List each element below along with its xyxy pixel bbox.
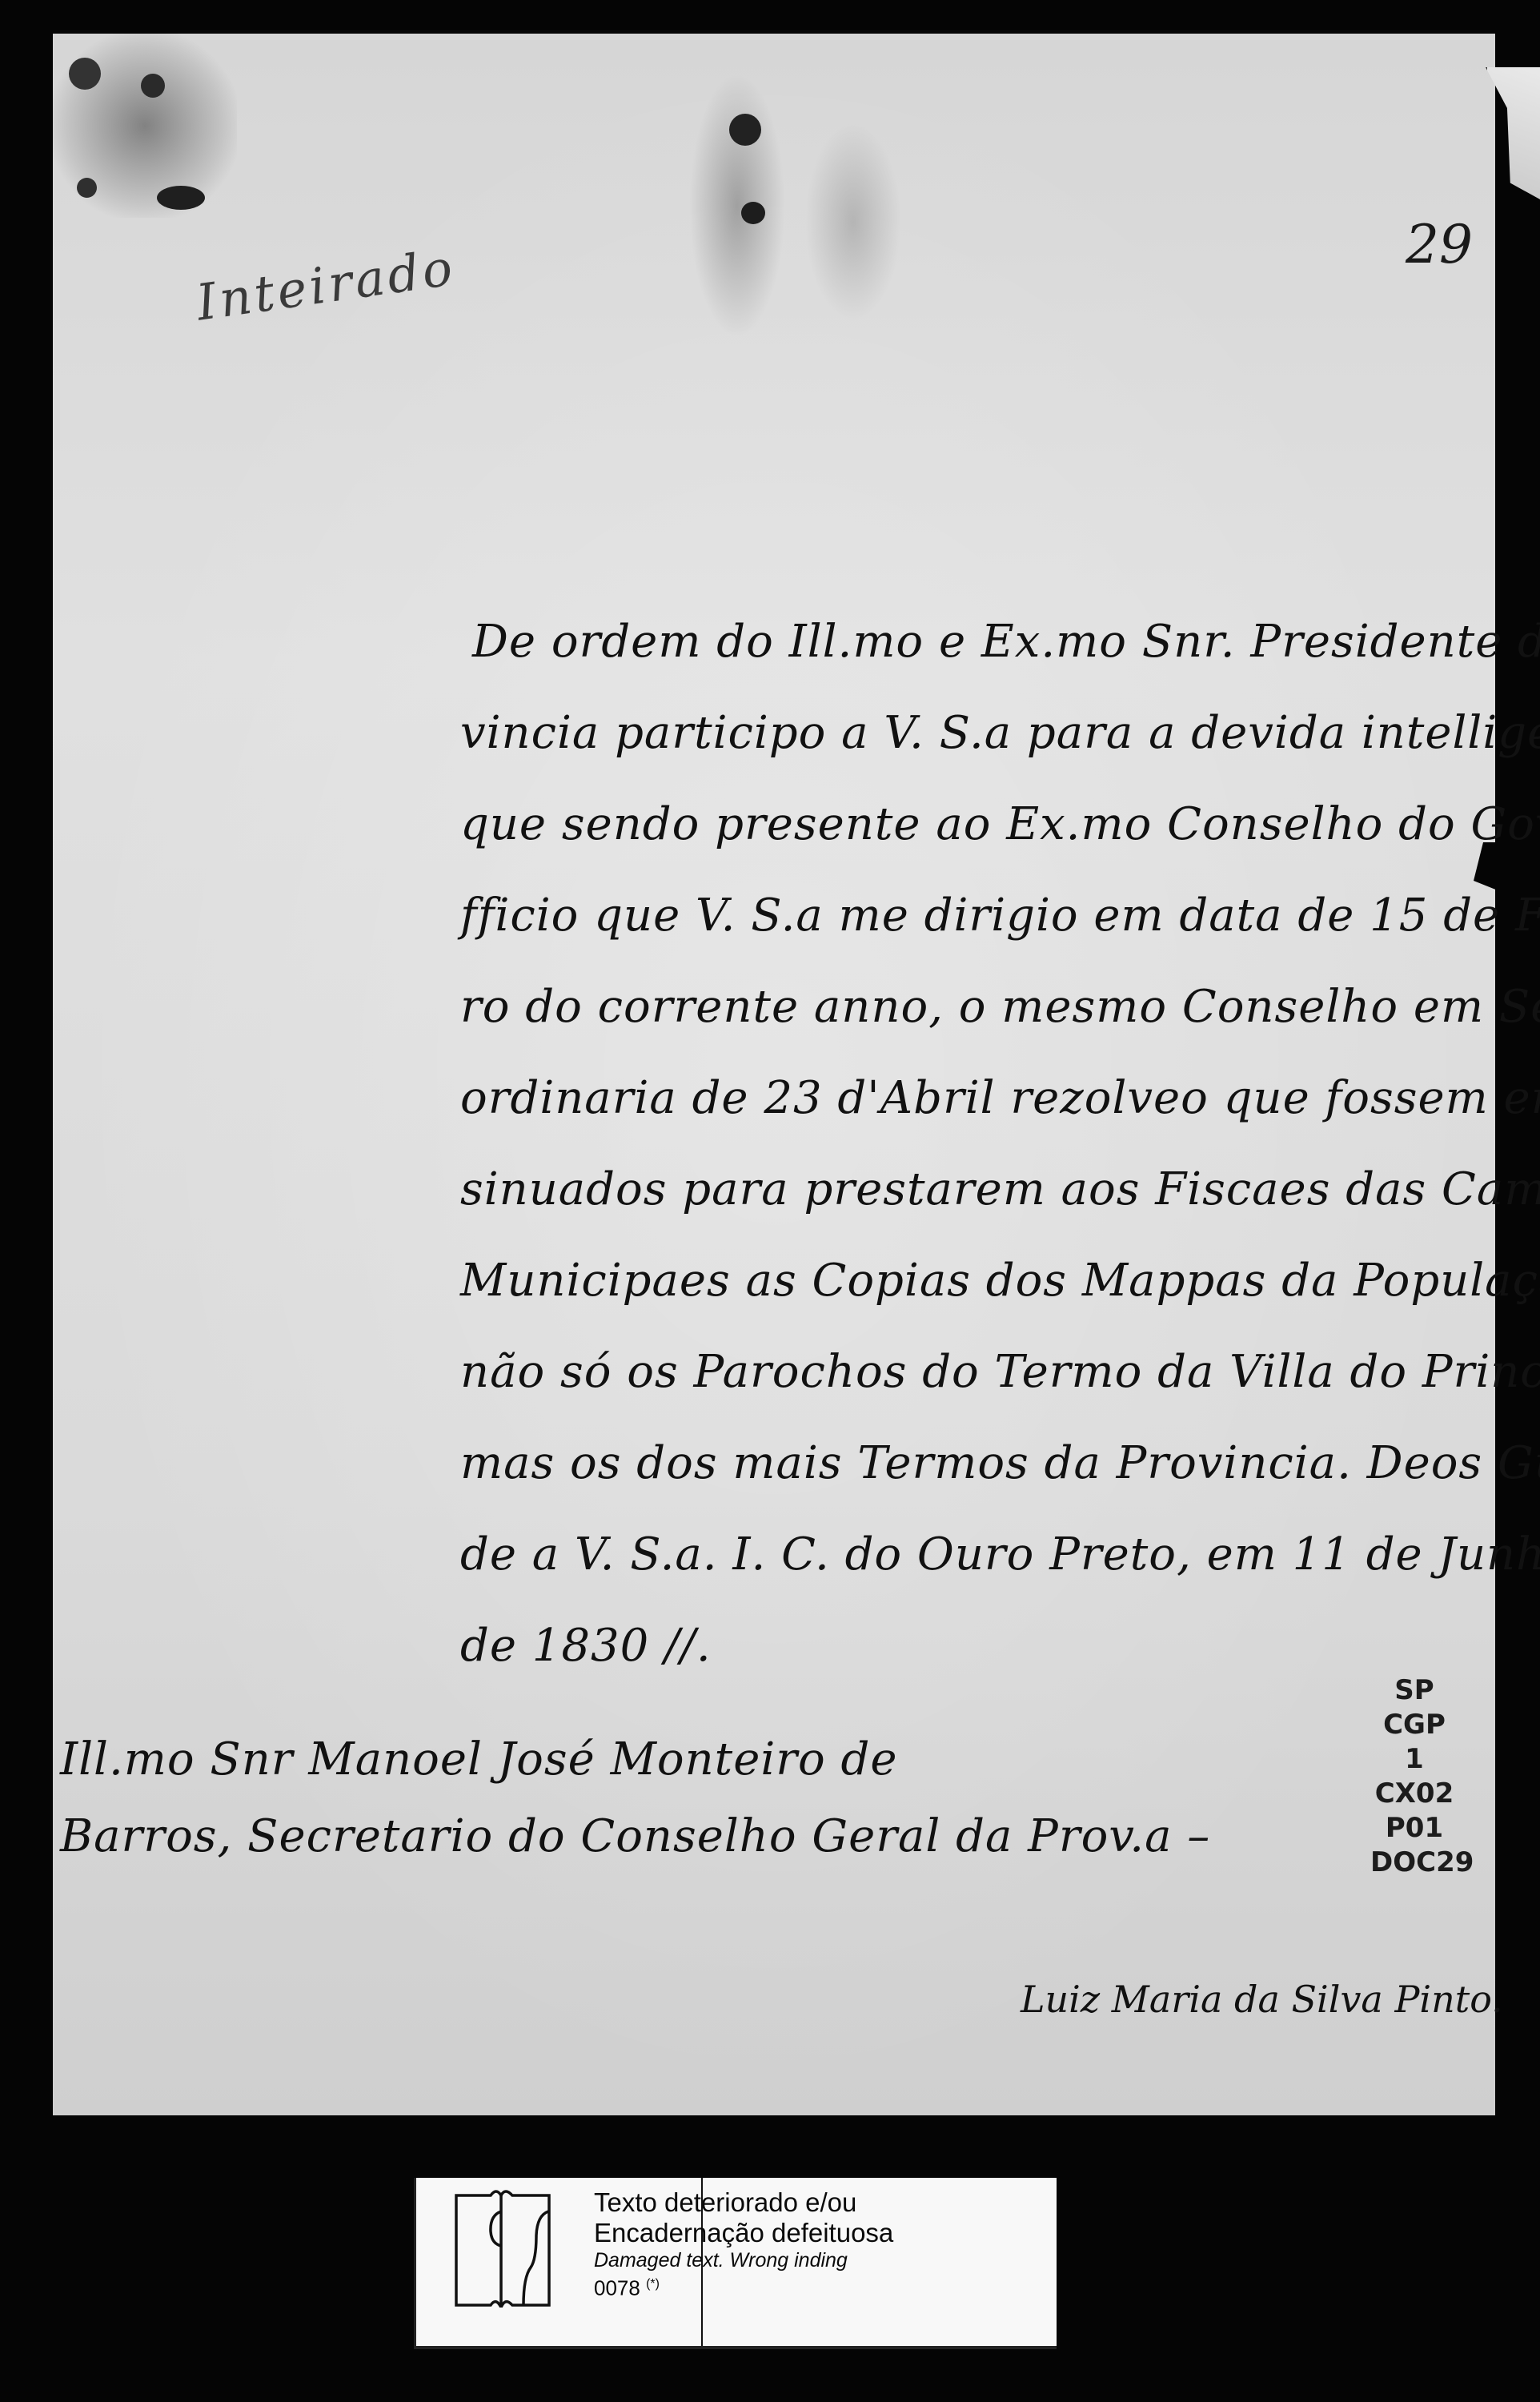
archive-code: SP CGP 1 CX02 P01 DOC29 <box>1370 1673 1458 1880</box>
body-line: sinuados para prestarem aos Fiscaes das … <box>460 1144 1477 1235</box>
body-line: ordinaria de 23 d'Abril rezolveo que fos… <box>460 1053 1477 1144</box>
label-code-number: 0078 <box>594 2276 640 2300</box>
label-code-mark: (*) <box>646 2277 660 2291</box>
signature: Luiz Maria da Silva Pinto. <box>1021 1978 1503 2021</box>
body-line: ro do corrente anno, o mesmo Conselho em… <box>460 962 1477 1053</box>
stain <box>141 74 165 98</box>
archive-code-line: SP <box>1370 1673 1458 1708</box>
damaged-binding-icon <box>455 2187 555 2308</box>
body-line: que sendo presente ao Ex.mo Conselho do … <box>460 779 1477 870</box>
archive-code-line: DOC29 <box>1370 1846 1458 1880</box>
stain <box>729 114 761 146</box>
marginal-annotation: Inteirado <box>193 238 459 332</box>
stain <box>689 74 785 338</box>
damage-label-card: Texto deteriorado e/ou Encadernação defe… <box>414 2178 1057 2349</box>
folded-corner <box>1486 67 1540 203</box>
letter-body: De ordem do Ill.mo e Ex.mo Snr. Presiden… <box>460 596 1477 1692</box>
body-line: de 1830 //. <box>460 1601 1477 1692</box>
label-line-pt: Texto deteriorado e/ou <box>594 2187 893 2218</box>
archive-code-line: CGP 1 <box>1370 1708 1458 1777</box>
stain <box>77 178 97 198</box>
archive-code-line: CX02 <box>1370 1777 1458 1811</box>
stain <box>805 122 901 322</box>
label-line-en: Damaged text. Wrong inding <box>594 2248 893 2272</box>
stain <box>157 186 205 210</box>
body-line: vincia participo a V. S.a para a devida … <box>460 688 1477 779</box>
body-line: não só os Parochos do Termo da Villa do … <box>460 1327 1477 1418</box>
label-text: Texto deteriorado e/ou Encadernação defe… <box>594 2187 893 2300</box>
stain <box>69 58 101 90</box>
addressee-line: Ill.mo Snr Manoel José Monteiro de <box>60 1721 1210 1798</box>
page-number: 29 <box>1406 214 1473 275</box>
stain <box>741 202 765 224</box>
label-code: 0078 (*) <box>594 2272 893 2300</box>
body-line: Municipaes as Copias dos Mappas da Popul… <box>460 1235 1477 1327</box>
addressee-line: Barros, Secretario do Conselho Geral da … <box>60 1798 1210 1875</box>
body-line: De ordem do Ill.mo e Ex.mo Snr. Presiden… <box>460 596 1477 688</box>
label-line-pt: Encadernação defeituosa <box>594 2218 893 2248</box>
body-line: fficio que V. S.a me dirigio em data de … <box>460 870 1477 962</box>
archive-code-line: P01 <box>1370 1811 1458 1846</box>
body-line: de a V. S.a. I. C. do Ouro Preto, em 11 … <box>460 1509 1477 1601</box>
addressee-block: Ill.mo Snr Manoel José Monteiro de Barro… <box>60 1721 1210 1875</box>
body-line: mas os dos mais Termos da Provincia. Deo… <box>460 1418 1477 1509</box>
